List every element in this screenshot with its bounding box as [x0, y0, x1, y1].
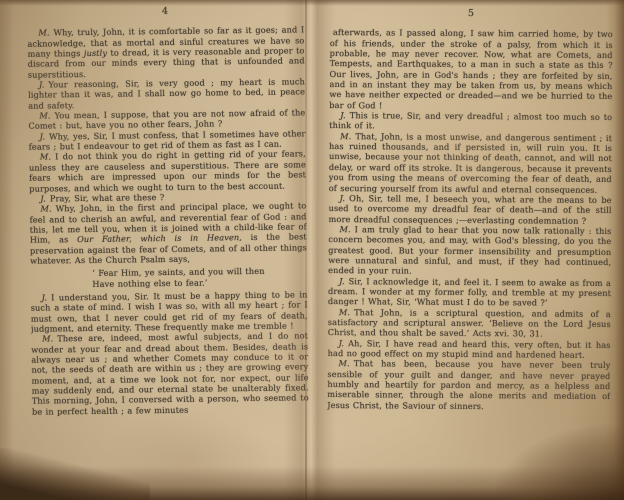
dialogue-paragraph: J.Sir, I acknowledge it, and feel it. I … — [328, 276, 611, 309]
dialogue-paragraph: M.Why, John, in the first and principal … — [29, 200, 307, 265]
dialogue-paragraph: M.That John, is a scriptural question, a… — [328, 307, 611, 340]
psalm-quote-line: Have nothing else to fear.’ — [92, 276, 307, 289]
speaker-label: J. — [39, 79, 49, 89]
speaker-label: J. — [41, 292, 51, 302]
dialogue-paragraph: M.I do not think you do right in getting… — [29, 149, 306, 194]
dialogue-paragraph: J.Oh, Sir, tell me, I beseech you, what … — [328, 193, 611, 226]
left-page: 4 M.Why, truly, John, it is comfortable … — [0, 0, 305, 500]
speaker-label: J. — [339, 276, 349, 286]
speaker-label: M. — [338, 358, 353, 368]
speaker-label: J. — [40, 193, 50, 203]
speaker-label: J. — [340, 110, 350, 120]
page-number-left: 4 — [27, 5, 304, 19]
speaker-label: M. — [339, 307, 354, 317]
dialogue-paragraph: J.Your reasoning, Sir, is very good ; my… — [28, 76, 305, 110]
dialogue-paragraph: M.I am truly glad to hear that you now t… — [328, 224, 611, 278]
right-page-text-column: afterwards, as I passed along, I saw him… — [327, 27, 613, 412]
speaker-label: M. — [340, 131, 355, 141]
speaker-label: M. — [39, 110, 54, 120]
dialogue-paragraph: M.That, John, is a most unwise, and dang… — [329, 131, 612, 195]
speaker-label: M. — [42, 334, 57, 344]
speaker-label: M. — [40, 152, 55, 162]
speaker-label: M. — [38, 28, 53, 38]
dialogue-paragraph: J.This is true, Sir, and very dreadful ;… — [329, 110, 612, 133]
dialogue-paragraph: J.I understand you, Sir. It must be a ha… — [30, 289, 307, 334]
speaker-label: M. — [339, 224, 354, 234]
italic-phrase: Our Father, which is in Heaven, — [77, 232, 242, 244]
speaker-label: J. — [339, 338, 349, 348]
dialogue-paragraph: J.Ah, Sir, I have read and heard this, v… — [328, 338, 611, 361]
speaker-label: J. — [40, 131, 50, 141]
dialogue-paragraph: M.Why, truly, John, it is comfortable so… — [27, 25, 305, 80]
continuation-paragraph: afterwards, as I passed along, I saw him… — [329, 27, 613, 112]
italic-phrase: justly — [84, 48, 107, 58]
speaker-label: M. — [40, 204, 55, 214]
left-page-text-column: M.Why, truly, John, it is comfortable so… — [27, 25, 309, 417]
dialogue-paragraph: M.These are, indeed, most awful subjects… — [31, 331, 309, 417]
right-page: 5 afterwards, as I passed along, I saw h… — [305, 0, 624, 500]
open-book-photo: 4 M.Why, truly, John, it is comfortable … — [0, 0, 624, 500]
dialogue-paragraph: M.That has been, because you have never … — [327, 358, 610, 412]
speaker-label: J. — [340, 193, 350, 203]
page-number-right: 5 — [330, 8, 613, 20]
psalm-quote: ‘ Fear Him, ye saints, and you will then… — [92, 266, 307, 289]
